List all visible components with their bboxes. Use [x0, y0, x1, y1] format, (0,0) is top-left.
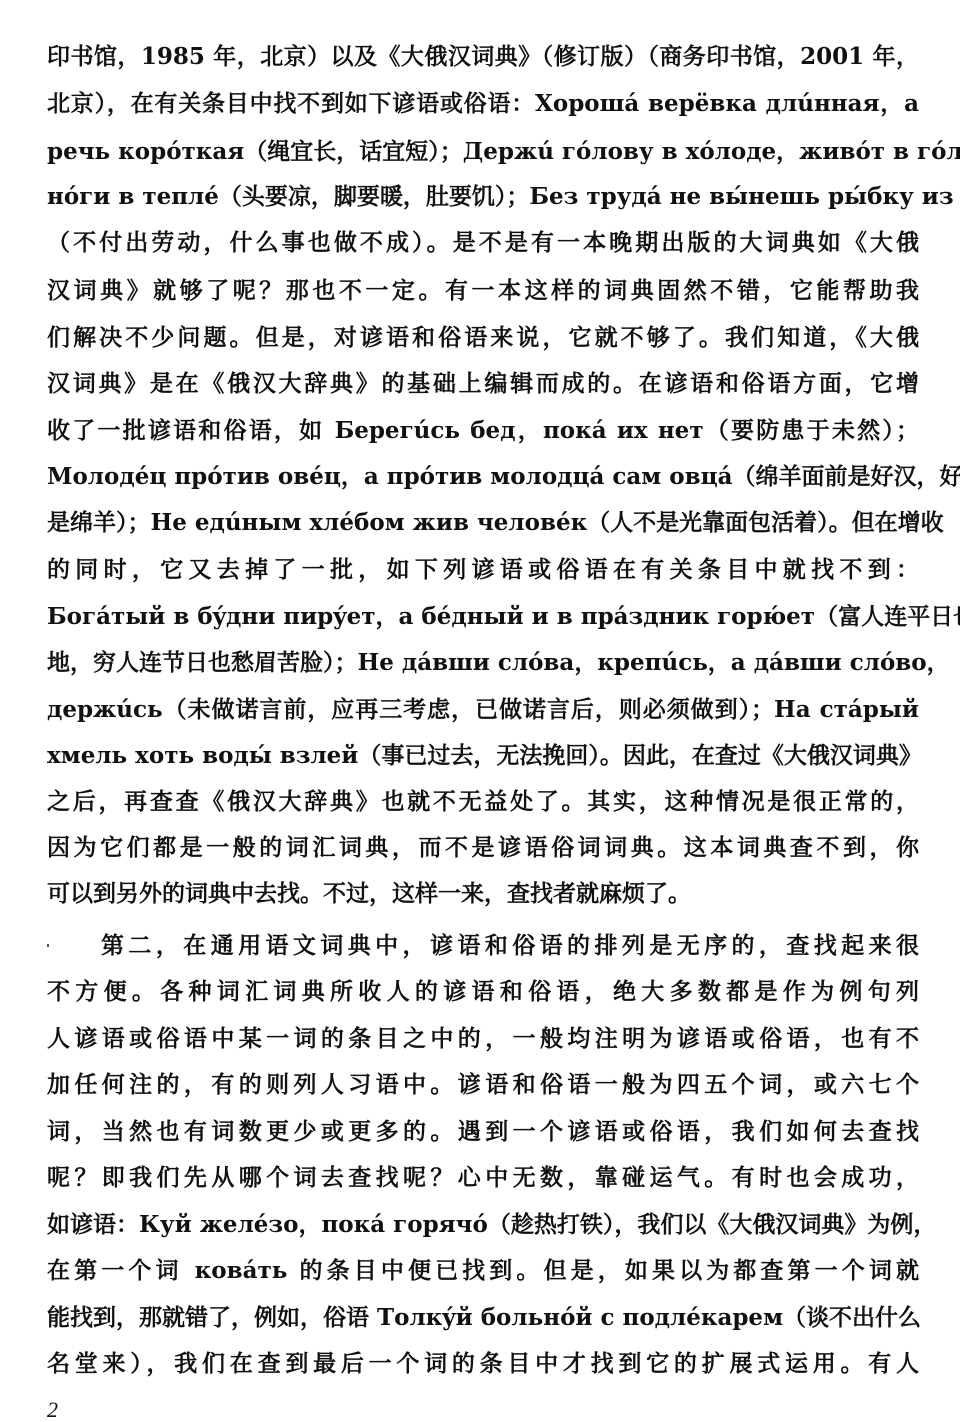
text-line: 不方便。各种词汇词典所收人的谚语和俗语，绝大多数都是作为例句列 [47, 974, 919, 1010]
text-line: 能找到，那就错了，例如，俗语 Толкýй больнóй с подлéкар… [47, 1300, 919, 1336]
text-line: 加任何注的，有的则列人习语中。谚语和俗语一般为四五个词，或六七个 [47, 1067, 919, 1103]
text-line: 在第一个词 ковáть 的条目中便已找到。但是，如果以为都查第一个词就 [47, 1253, 919, 1289]
text-line: 收了一批谚语和俗语，如 Берегúсь бед，покá их нет（要防患… [47, 413, 919, 449]
text-line: 们解决不少问题。但是，对谚语和俗语来说，它就不够了。我们知道，《大俄 [47, 320, 919, 356]
text-line: 的同时，它又去掉了一批，如下列谚语或俗语在有关条目中就找不到： [47, 552, 919, 588]
text-line: 可以到另外的词典中去找。不过，这样一来，查找者就麻烦了。 [47, 876, 919, 912]
text-line: речь корóткая（绳宜长，话宜短）；Держú гóлову в хó… [47, 134, 919, 170]
text-line: 地，穷人连节日也愁眉苦脸）；Не дáвши слóва，крепúсь，а д… [47, 645, 919, 681]
document-page: 印书馆，1985 年，北京）以及《大俄汉词典》（修订版）（商务印书馆，2001 … [47, 0, 919, 1422]
scan-artifact-dot [47, 944, 49, 947]
text-line: нóги в теплé（头要凉，脚要暖，肚要饥）；Без трудá не в… [47, 179, 919, 215]
text-line: 因为它们都是一般的词汇词典，而不是谚语俗词词典。这本词典查不到，你 [47, 830, 919, 866]
text-line: хмель хоть воды́ взлей（事已过去，无法挽回）。因此，在查过… [47, 738, 919, 774]
text-line: Молодéц прóтив овéц，а прóтив молодцá сам… [47, 459, 919, 495]
text-line: Богáтый в бýдни пирýет，а бéдный и в прáз… [47, 599, 919, 635]
text-line: 如谚语：Куй желéзо，покá горячó（趁热打铁），我们以《大俄汉… [47, 1207, 919, 1243]
text-line: 之后，再查查《俄汉大辞典》也就不无益处了。其实，这种情况是很正常的， [47, 784, 919, 820]
text-line: 呢？即我们先从哪个词去查找呢？心中无数，靠碰运气。有时也会成功， [47, 1160, 919, 1196]
text-line: 汉词典》就够了呢？那也不一定。有一本这样的词典固然不错，它能帮助我 [47, 273, 919, 309]
text-line: держúсь（未做诺言前，应再三考虑，已做诺言后，则必须做到）；На стáр… [47, 692, 919, 728]
page-number: 2 [47, 1398, 58, 1422]
text-line: 人谚语或俗语中某一词的条目之中的，一般均注明为谚语或俗语，也有不 [47, 1021, 919, 1057]
text-line: 是绵羊）；Не едúным хлéбом жив человéк（人不是光靠面… [47, 505, 919, 541]
text-line: 印书馆，1985 年，北京）以及《大俄汉词典》（修订版）（商务印书馆，2001 … [47, 39, 919, 75]
text-line: 名堂来），我们在查到最后一个词的条目中才找到它的扩展式运用。有人 [47, 1346, 919, 1382]
text-line: 词，当然也有词数更少或更多的。遇到一个谚语或俗语，我们如何去查找 [47, 1114, 919, 1150]
text-line: 第二，在通用语文词典中，谚语和俗语的排列是无序的，查找起来很 [101, 928, 919, 964]
text-line: （不付出劳动，什么事也做不成）。是不是有一本晚期出版的大词典如《大俄 [47, 225, 919, 261]
text-line: 汉词典》是在《俄汉大辞典》的基础上编辑而成的。在谚语和俗语方面，它增 [47, 366, 919, 402]
text-line: 北京），在有关条目中找不到如下谚语或俗语：Хорошá верёвка длúн… [47, 86, 919, 122]
